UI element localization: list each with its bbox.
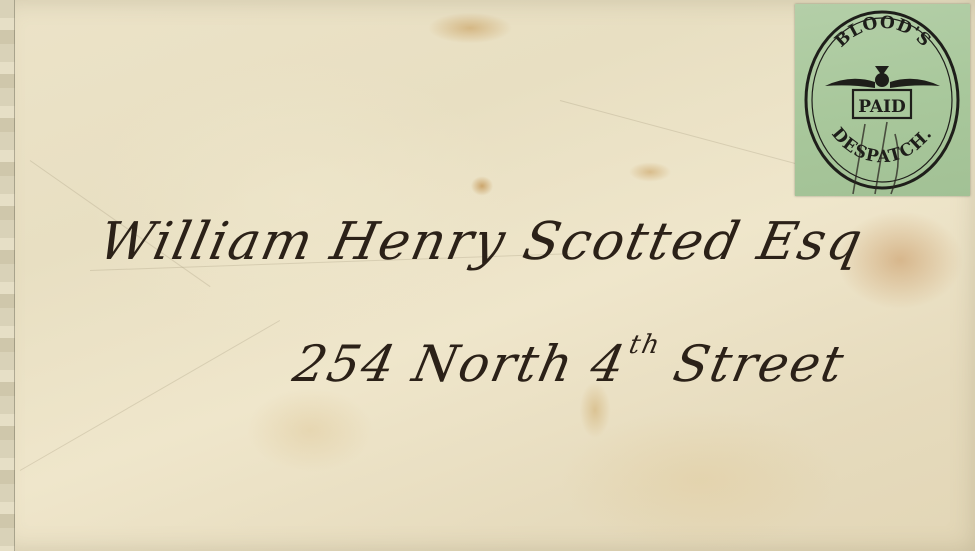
paper-crease [20, 320, 280, 471]
addressee-name: William Henry Scotted Esq [94, 212, 869, 272]
svg-text:DESPATCH.: DESPATCH. [827, 124, 936, 167]
eagle-icon [825, 66, 940, 88]
stamp-bottom-text: DESPATCH. [827, 124, 936, 167]
street-address: 254 North 4th Street [288, 330, 851, 393]
postage-stamp: BLOOD'S DESPATCH. PAID [795, 4, 970, 196]
stamp-design: BLOOD'S DESPATCH. PAID [795, 4, 970, 196]
stamp-paid-text: PAID [858, 97, 906, 117]
torn-left-edge [0, 0, 15, 551]
svg-text:BLOOD'S: BLOOD'S [831, 13, 935, 52]
street-suffix: Street [669, 335, 851, 393]
stamp-top-text: BLOOD'S [831, 13, 935, 52]
street-name: North 4 [408, 335, 632, 393]
street-ordinal: th [626, 330, 664, 360]
envelope: BLOOD'S DESPATCH. PAID William Henry Sco… [0, 0, 975, 551]
house-number: 254 [288, 335, 402, 393]
paper-crease [560, 100, 811, 168]
